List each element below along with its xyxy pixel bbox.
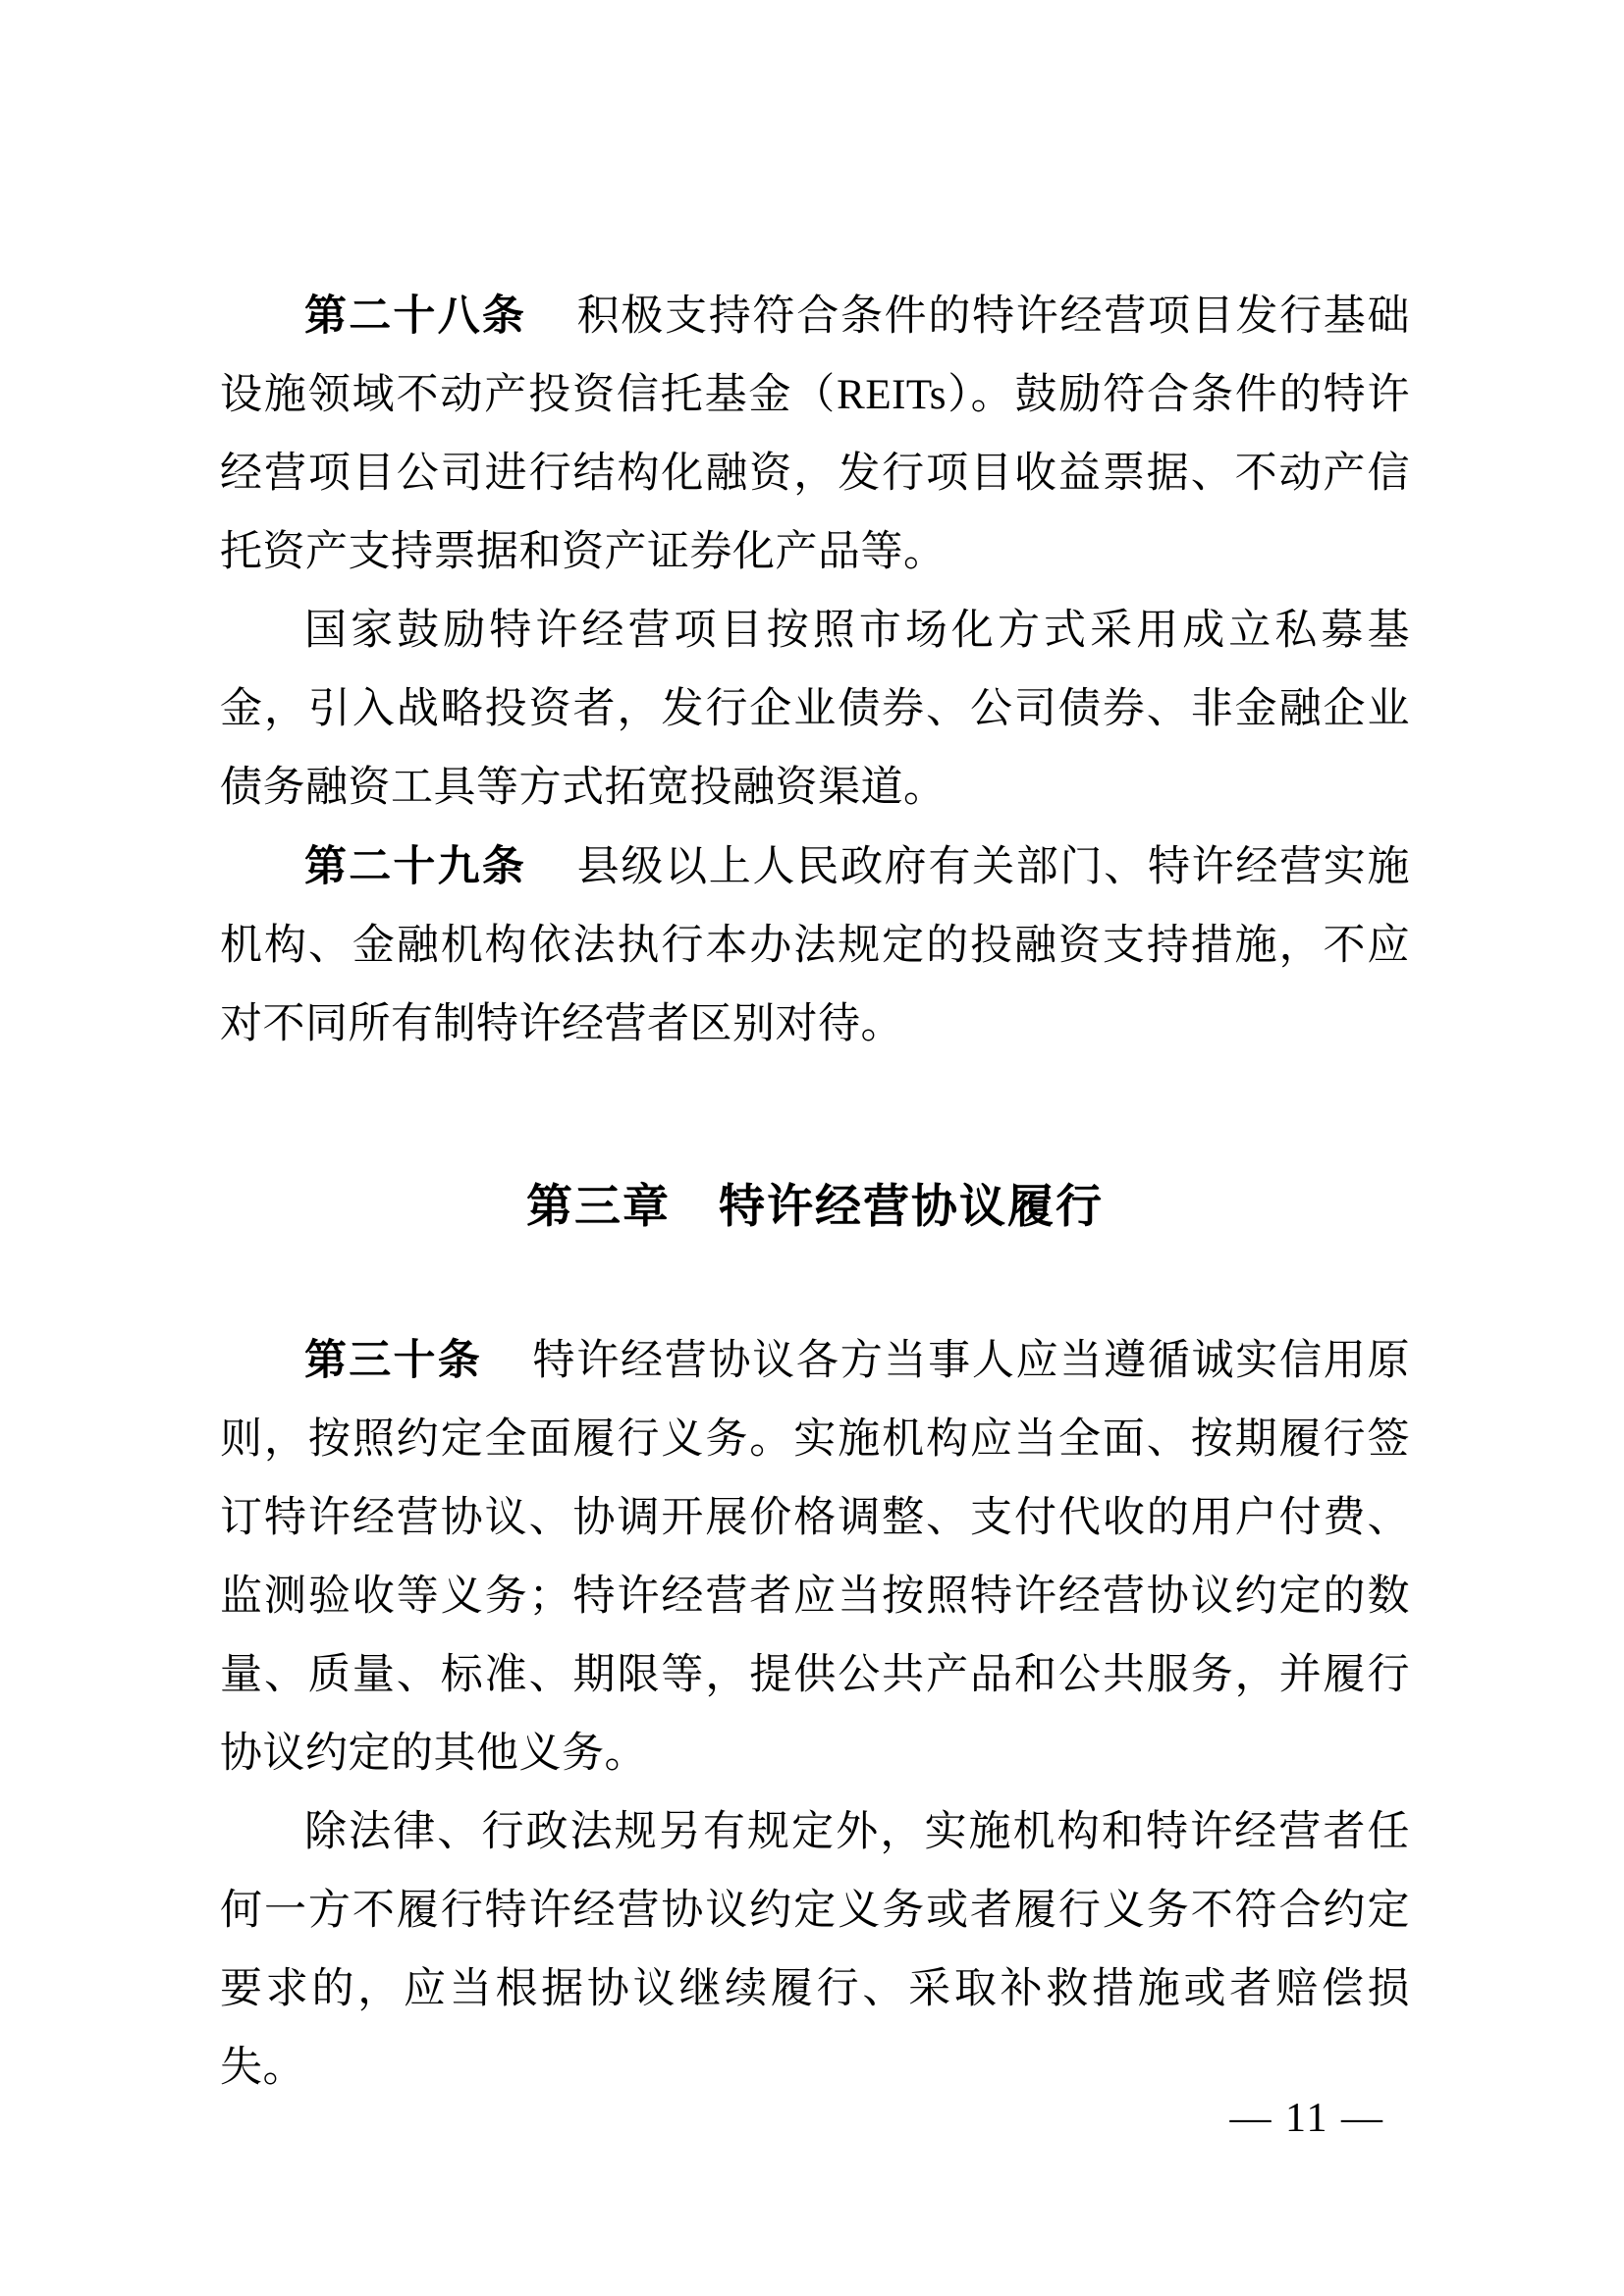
- page-number: — 11 —: [1230, 2096, 1384, 2141]
- body-paragraph: 国家鼓励特许经营项目按照市场化方式采用成立私募基金，引入战略投资者，发行企业债券…: [220, 592, 1410, 828]
- document-body: 第二十八条积极支持符合条件的特许经营项目发行基础设施领域不动产投资信托基金（RE…: [220, 277, 1410, 2108]
- article-number: 第二十九条: [304, 843, 526, 890]
- document-page: 第二十八条积极支持符合条件的特许经营项目发行基础设施领域不动产投资信托基金（RE…: [0, 0, 1624, 2296]
- article-number: 第二十八条: [304, 293, 526, 340]
- article-paragraph: 第二十八条积极支持符合条件的特许经营项目发行基础设施领域不动产投资信托基金（RE…: [220, 277, 1410, 592]
- page-footer: — 11 —: [1181, 2048, 1384, 2189]
- article-paragraph: 第三十条特许经营协议各方当事人应当遵循诚实信用原则，按照约定全面履行义务。实施机…: [220, 1321, 1410, 1793]
- paragraph-text: 国家鼓励特许经营项目按照市场化方式采用成立私募基金，引入战略投资者，发行企业债券…: [220, 608, 1410, 811]
- chapter-heading: 第三章 特许经营协议履行: [220, 1167, 1410, 1246]
- article-number: 第三十条: [304, 1337, 482, 1384]
- article-paragraph: 第二十九条县级以上人民政府有关部门、特许经营实施机构、金融机构依法执行本办法规定…: [220, 828, 1410, 1064]
- article-text: 特许经营协议各方当事人应当遵循诚实信用原则，按照约定全面履行义务。实施机构应当全…: [220, 1338, 1410, 1777]
